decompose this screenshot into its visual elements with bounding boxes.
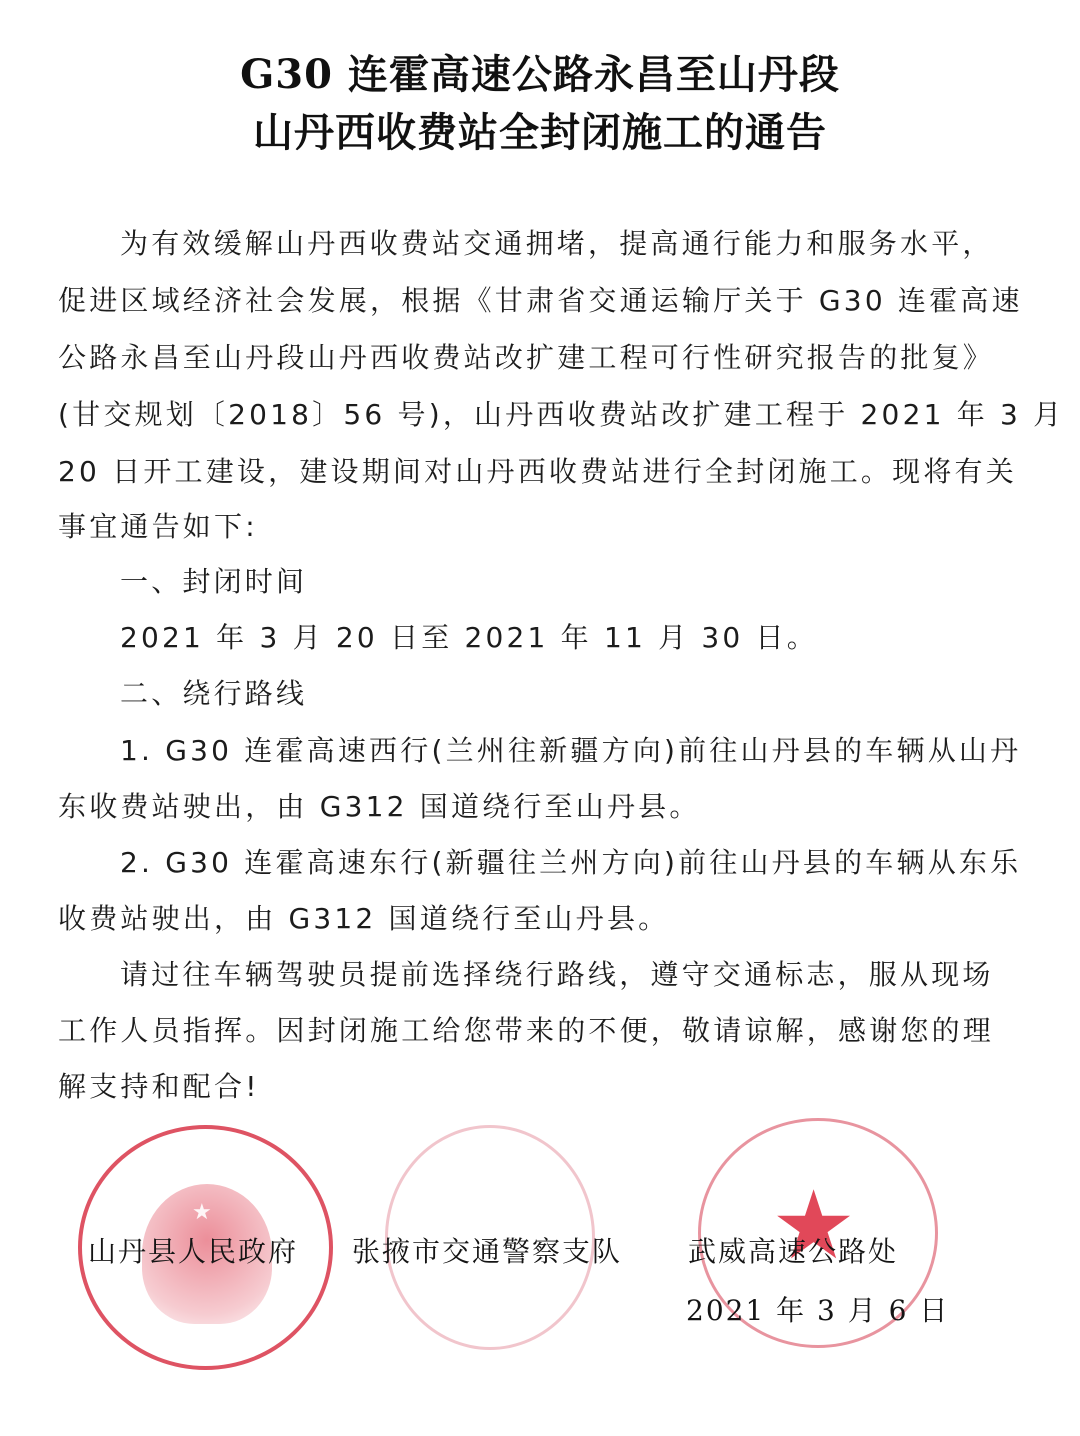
closing-line: 请过往车辆驾驶员提前选择绕行路线，遵守交通标志，服从现场	[120, 961, 1080, 989]
detour-item-1-cont: 东收费站驶出，由 G312 国道绕行至山丹县。	[58, 793, 1018, 821]
closure-period: 2021 年 3 月 20 日至 2021 年 11 月 30 日。	[120, 624, 1080, 652]
detour-item-2-cont: 收费站驶出，由 G312 国道绕行至山丹县。	[58, 905, 1018, 933]
notice-title-line-1: G30 连霍高速公路永昌至山丹段	[0, 55, 1080, 95]
section-heading: 二、绕行路线	[120, 680, 1080, 708]
star-icon: ★	[192, 1202, 212, 1224]
signatory-zhangye-traffic-police: 张掖市交通警察支队	[352, 1238, 622, 1266]
intro-line: (甘交规划〔2018〕56 号)，山丹西收费站改扩建工程于 2021 年 3 月	[58, 401, 1018, 429]
closing-line: 解支持和配合!	[58, 1073, 1018, 1101]
notice-title-line-2: 山丹西收费站全封闭施工的通告	[0, 113, 1080, 153]
detour-item-1: 1. G30 连霍高速西行(兰州往新疆方向)前往山丹县的车辆从山丹	[120, 737, 1080, 765]
intro-line: 为有效缓解山丹西收费站交通拥堵，提高通行能力和服务水平，	[120, 230, 1080, 258]
intro-line: 事宜通告如下:	[58, 513, 1018, 541]
detour-item-2: 2. G30 连霍高速东行(新疆往兰州方向)前往山丹县的车辆从东乐	[120, 849, 1080, 877]
signatory-shandan-government: 山丹县人民政府	[88, 1238, 298, 1266]
signatory-wuwei-highway: 武威高速公路处	[688, 1238, 898, 1266]
closing-line: 工作人员指挥。因封闭施工给您带来的不便，敬请谅解，感谢您的理	[58, 1017, 1018, 1045]
notice-date: 2021 年 3 月 6 日	[686, 1297, 949, 1325]
intro-line: 20 日开工建设，建设期间对山丹西收费站进行全封闭施工。现将有关	[58, 458, 1018, 486]
intro-line: 促进区域经济社会发展，根据《甘肃省交通运输厅关于 G30 连霍高速	[58, 287, 1018, 315]
intro-line: 公路永昌至山丹段山丹西收费站改扩建工程可行性研究报告的批复》	[58, 344, 1018, 372]
section-heading: 一、封闭时间	[120, 568, 1080, 596]
